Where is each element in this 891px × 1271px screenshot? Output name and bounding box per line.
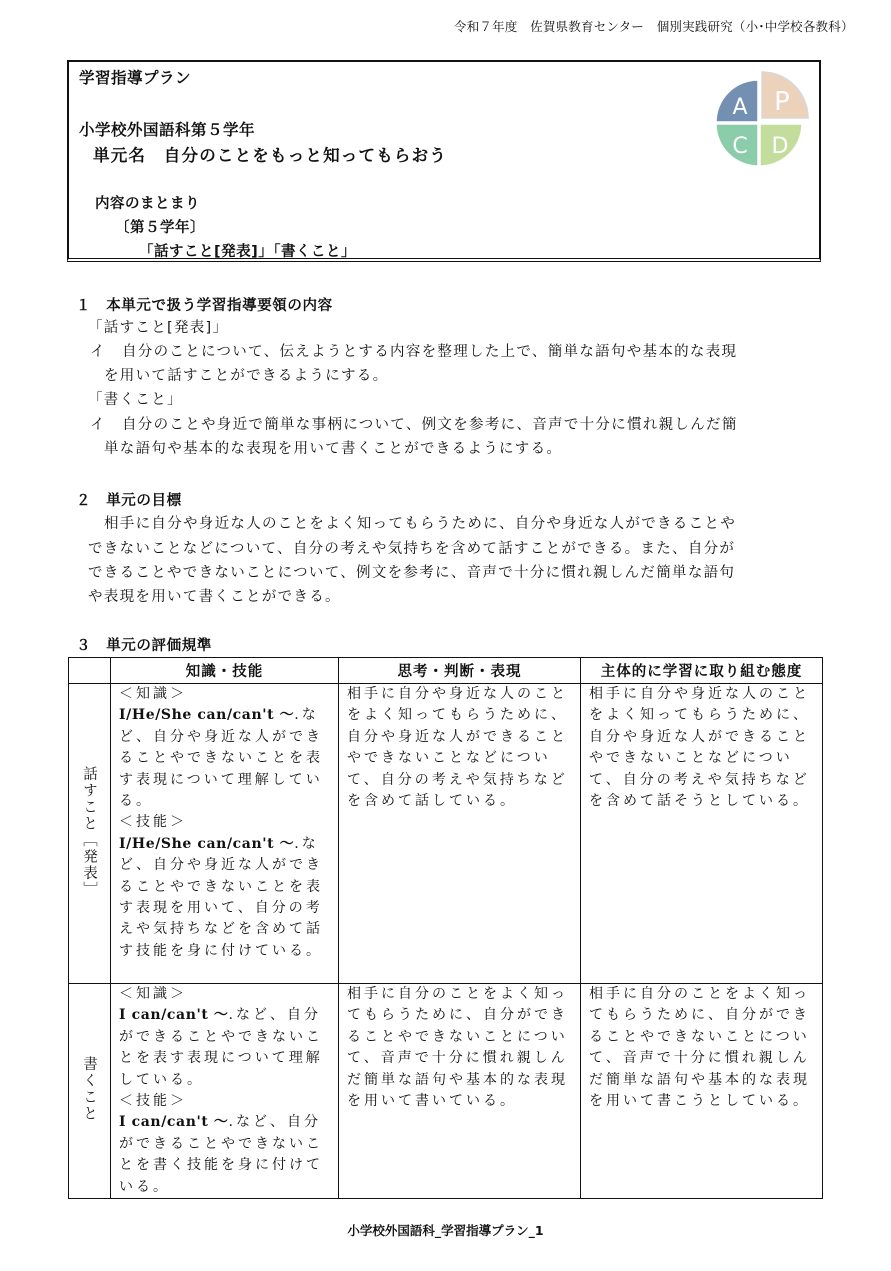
section2-goal-line: 相手に自分や身近な人のことをよく知ってもらうために、自分や身近な人ができることや — [104, 512, 736, 536]
section1-item-text: 単な語句や基本的な表現を用いて書くことができるようにする。 — [104, 437, 562, 461]
example-expression: I/He/She can/can't ～ — [119, 836, 294, 852]
row-label-cell: 話すこと［発表］ — [69, 684, 111, 984]
section1-item-text: 自分のことについて、伝えようとする内容を整理した上で、簡単な語句や基本的な表現 — [122, 340, 737, 364]
evaluation-criteria-table: 知識・技能 思考・判断・表現 主体的に学習に取り組む態度 話すこと［発表］ ＜知… — [68, 657, 823, 1199]
knowledge-cell: ＜知識＞ I/He/She can/can't ～.など、自分や身近な人ができる… — [111, 684, 339, 984]
attitude-text: 相手に自分や身近な人のことをよく知ってもらうために、自分や身近な人ができることや… — [581, 684, 822, 812]
section2-goal-line: できないことなどについて、自分の考えや気持ちを含めて話すことができる。また、自分… — [88, 537, 735, 561]
pdca-letter-c: C — [732, 134, 747, 159]
example-expression: I/He/She can/can't ～ — [119, 707, 294, 723]
section2-title: ２ 単元の目標 — [76, 489, 182, 510]
example-expression: I can/can't ～ — [119, 1114, 229, 1130]
section2-goal-line: できることやできないことについて、例文を参考に、音声で十分に慣れ親しんだ簡単な語… — [88, 561, 735, 585]
knowledge-content: ＜知識＞ I/He/She can/can't ～.など、自分や身近な人ができる… — [111, 684, 338, 962]
section1-item-text: 自分のことや身近で簡単な事柄について、例文を参考に、音声で十分に慣れ親しんだ簡 — [122, 413, 738, 437]
title-box: 学習指導プラン 小学校外国語科第５学年 単元名 自分のことをもっと知ってもらおう… — [67, 60, 821, 262]
section3-title: ３ 単元の評価規準 — [76, 634, 212, 655]
section1-item-text: を用いて話すことができるようにする。 — [104, 364, 388, 388]
section2-goal-line: や表現を用いて書くことができる。 — [88, 585, 341, 609]
table-row-speaking: 話すこと［発表］ ＜知識＞ I/He/She can/can't ～.など、自分… — [69, 684, 823, 984]
attitude-cell: 相手に自分のことをよく知ってもらうために、自分ができることやできないことについて… — [581, 984, 823, 1199]
example-expression: I can/can't ～ — [119, 1007, 229, 1023]
thinking-cell: 相手に自分や身近な人のことをよく知ってもらうために、自分や身近な人ができることや… — [339, 684, 581, 984]
knowledge-heading: ＜知識＞ — [119, 686, 187, 702]
section1-title: １ 本単元で扱う学習指導要領の内容 — [76, 294, 333, 315]
pdca-letter-p: P — [774, 87, 790, 117]
table-header-empty — [69, 658, 111, 684]
thinking-cell: 相手に自分のことをよく知ってもらうために、自分ができることやできないことについて… — [339, 984, 581, 1199]
row-label-speaking: 話すこと［発表］ — [79, 766, 100, 898]
section1-marker: イ — [90, 340, 106, 364]
thinking-text: 相手に自分や身近な人のことをよく知ってもらうために、自分や身近な人ができることや… — [339, 684, 580, 812]
grade-subject: 小学校外国語科第５学年 — [79, 118, 255, 140]
pdca-cycle-icon: A P C D — [710, 68, 810, 170]
skill-heading: ＜技能＞ — [119, 814, 187, 830]
attitude-cell: 相手に自分や身近な人のことをよく知ってもらうために、自分や身近な人ができることや… — [581, 684, 823, 984]
knowledge-heading: ＜知識＞ — [119, 986, 187, 1002]
table-header-thinking: 思考・判断・表現 — [339, 658, 581, 684]
table-header-row: 知識・技能 思考・判断・表現 主体的に学習に取り組む態度 — [69, 658, 823, 684]
skill-heading: ＜技能＞ — [119, 1093, 187, 1109]
table-row-writing: 書くこと ＜知識＞ I can/can't ～.など、自分ができることやできない… — [69, 984, 823, 1199]
thinking-text: 相手に自分のことをよく知ってもらうために、自分ができることやできないことについて… — [339, 984, 580, 1112]
knowledge-content: ＜知識＞ I can/can't ～.など、自分ができることやできないことを表す… — [111, 984, 338, 1198]
row-label-writing: 書くこと — [79, 1056, 100, 1122]
pdca-letter-d: D — [772, 134, 789, 159]
attitude-text: 相手に自分のことをよく知ってもらうために、自分ができることやできないことについて… — [581, 984, 822, 1112]
page-footer: 小学校外国語科_学習指導プラン_1 — [0, 1221, 891, 1239]
skill-text: .など、自分や身近な人ができることやできないことを表す表現を用いて、自分の考えや… — [119, 836, 323, 959]
domains-label: 「話すこと[発表]」「書くこと」 — [139, 240, 356, 261]
section1-domain-speaking: 「話すこと[発表]」 — [88, 316, 228, 340]
section1-domain-writing: 「書くこと」 — [88, 388, 183, 412]
year-label: 〔第５学年〕 — [115, 216, 205, 237]
section1-marker: イ — [90, 413, 106, 437]
table-header-knowledge: 知識・技能 — [111, 658, 339, 684]
summary-label: 内容のまとまり — [95, 192, 200, 213]
plan-label: 学習指導プラン — [79, 66, 191, 88]
unit-name: 単元名 自分のことをもっと知ってもらおう — [93, 142, 447, 166]
document-header-meta: 令和７年度 佐賀県教育センター 個別実践研究（小･中学校各教科） — [454, 17, 854, 35]
row-label-cell: 書くこと — [69, 984, 111, 1199]
table-header-attitude: 主体的に学習に取り組む態度 — [581, 658, 823, 684]
pdca-letter-a: A — [732, 95, 747, 120]
knowledge-cell: ＜知識＞ I can/can't ～.など、自分ができることやできないことを表す… — [111, 984, 339, 1199]
